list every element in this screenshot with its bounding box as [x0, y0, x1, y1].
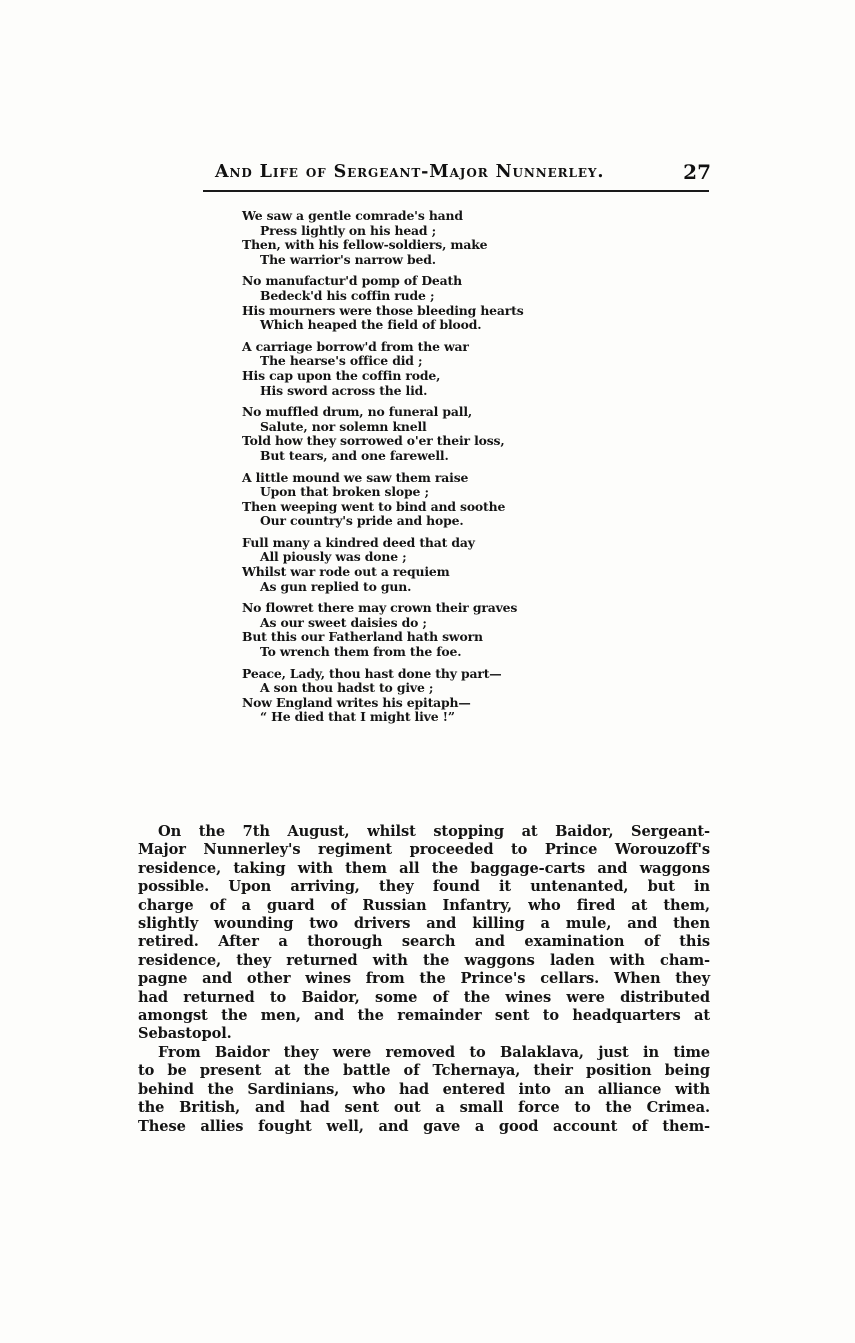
text-line: had returned to Baidor, some of the wine… [138, 989, 710, 1007]
verse-line: “ He died that I might live !” [242, 710, 572, 725]
verse-line: Told how they sorrowed o'er their loss, [242, 434, 572, 449]
verse-line: To wrench them from the foe. [242, 645, 572, 660]
verse-line: His cap upon the coffin rode, [242, 369, 572, 384]
verse-line: No manufactur'd pomp of Death [242, 274, 572, 289]
stanza: No muffled drum, no funeral pall, Salute… [242, 405, 572, 463]
text-line: the British, and had sent out a small fo… [138, 1099, 710, 1117]
text-line: Major Nunnerley's regiment proceeded to … [138, 841, 710, 859]
text-line: slightly wounding two drivers and killin… [138, 915, 710, 933]
poem: We saw a gentle comrade's hand Press lig… [242, 209, 572, 732]
stanza: A little mound we saw them raise Upon th… [242, 471, 572, 529]
verse-line: A little mound we saw them raise [242, 471, 572, 486]
text-line: to be present at the battle of Tchernaya… [138, 1062, 710, 1080]
verse-line: The hearse's office did ; [242, 354, 572, 369]
text-line: These allies fought well, and gave a goo… [138, 1118, 710, 1136]
verse-line: Salute, nor solemn knell [242, 420, 572, 435]
verse-line: But this our Fatherland hath sworn [242, 630, 572, 645]
verse-line: No muffled drum, no funeral pall, [242, 405, 572, 420]
text-line: pagne and other wines from the Prince's … [138, 970, 710, 988]
verse-line: Then weeping went to bind and soothe [242, 500, 572, 515]
verse-line: But tears, and one farewell. [242, 449, 572, 464]
text-line: amongst the men, and the remainder sent … [138, 1007, 710, 1025]
verse-line: All piously was done ; [242, 550, 572, 565]
text-line: On the 7th August, whilst stopping at Ba… [138, 823, 710, 841]
verse-line: Our country's pride and hope. [242, 514, 572, 529]
paragraph: On the 7th August, whilst stopping at Ba… [138, 823, 710, 1044]
verse-line: Now England writes his epitaph— [242, 696, 572, 711]
stanza: No flowret there may crown their graves … [242, 601, 572, 659]
verse-line: No flowret there may crown their graves [242, 601, 572, 616]
book-page: And Life of Sergeant-Major Nunnerley. 27… [0, 0, 855, 1343]
verse-line: Which heaped the field of blood. [242, 318, 572, 333]
text-line: residence, taking with them all the bagg… [138, 860, 710, 878]
running-title: And Life of Sergeant-Major Nunnerley. [215, 162, 604, 182]
verse-line: As gun replied to gun. [242, 580, 572, 595]
text-line: charge of a guard of Russian Infantry, w… [138, 897, 710, 915]
verse-line: A carriage borrow'd from the war [242, 340, 572, 355]
text-line: residence, they returned with the waggon… [138, 952, 710, 970]
stanza: We saw a gentle comrade's hand Press lig… [242, 209, 572, 267]
prose-body: On the 7th August, whilst stopping at Ba… [138, 823, 710, 1136]
header-rule [203, 190, 709, 192]
verse-line: As our sweet daisies do ; [242, 616, 572, 631]
stanza: No manufactur'd pomp of Death Bedeck'd h… [242, 274, 572, 332]
verse-line: We saw a gentle comrade's hand [242, 209, 572, 224]
verse-line: Upon that broken slope ; [242, 485, 572, 500]
verse-line: Bedeck'd his coffin rude ; [242, 289, 572, 304]
text-line: From Baidor they were removed to Balakla… [138, 1044, 710, 1062]
verse-line: Peace, Lady, thou hast done thy part— [242, 667, 572, 682]
text-line: retired. After a thorough search and exa… [138, 933, 710, 951]
verse-line: Full many a kindred deed that day [242, 536, 572, 551]
page-number: 27 [683, 160, 711, 184]
stanza: A carriage borrow'd from the war The hea… [242, 340, 572, 398]
verse-line: The warrior's narrow bed. [242, 253, 572, 268]
paragraph: From Baidor they were removed to Balakla… [138, 1044, 710, 1136]
text-line: possible. Upon arriving, they found it u… [138, 878, 710, 896]
verse-line: His mourners were those bleeding hearts [242, 304, 572, 319]
text-line: behind the Sardinians, who had entered i… [138, 1081, 710, 1099]
verse-line: A son thou hadst to give ; [242, 681, 572, 696]
stanza: Peace, Lady, thou hast done thy part— A … [242, 667, 572, 725]
stanza: Full many a kindred deed that day All pi… [242, 536, 572, 594]
verse-line: His sword across the lid. [242, 384, 572, 399]
running-head: And Life of Sergeant-Major Nunnerley. 27 [203, 160, 711, 190]
verse-line: Whilst war rode out a requiem [242, 565, 572, 580]
verse-line: Then, with his fellow-soldiers, make [242, 238, 572, 253]
verse-line: Press lightly on his head ; [242, 224, 572, 239]
text-line: Sebastopol. [138, 1025, 710, 1043]
